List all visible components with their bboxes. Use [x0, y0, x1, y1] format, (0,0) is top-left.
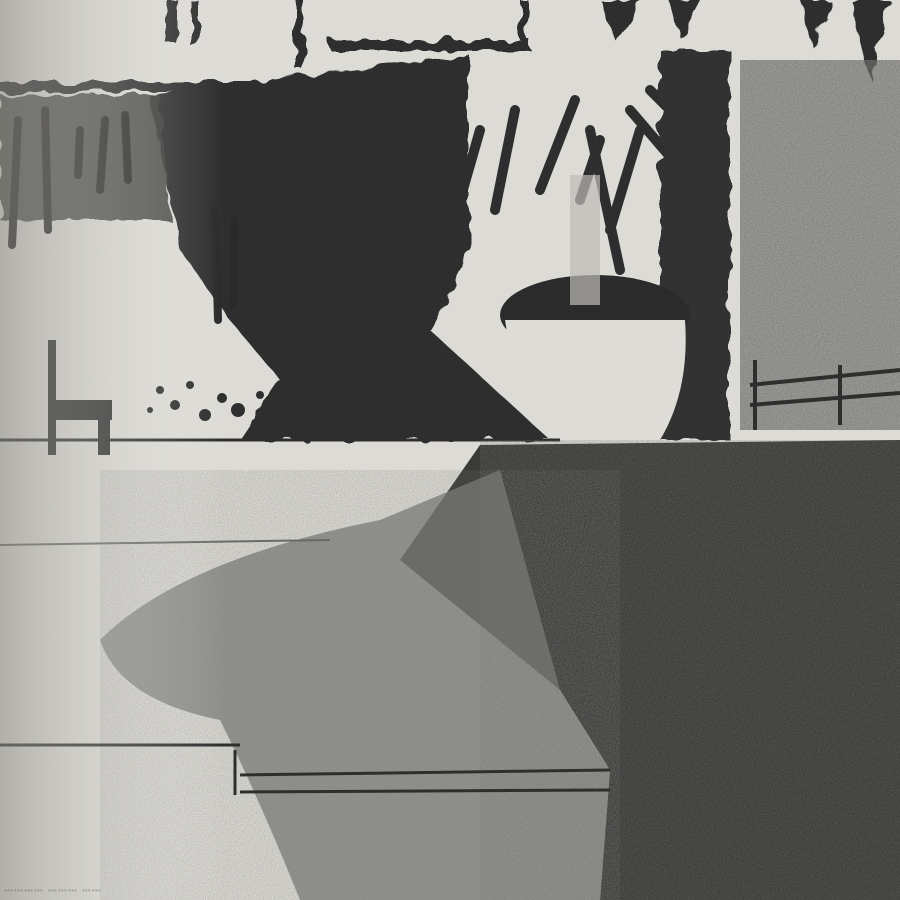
caption-text: ………… ……… …… — [4, 884, 102, 894]
lithograph-artwork — [0, 0, 900, 900]
